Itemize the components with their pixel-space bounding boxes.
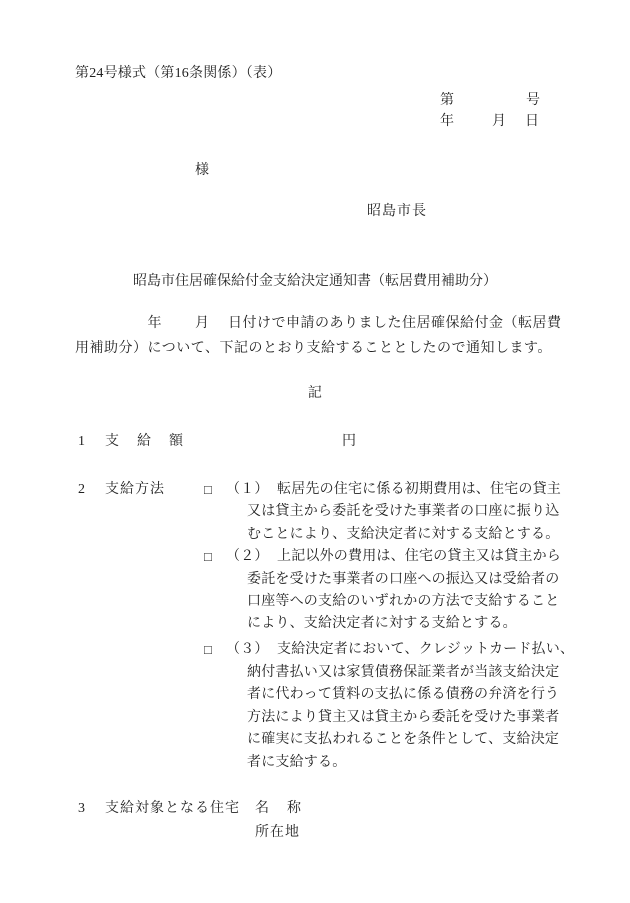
method-2-number: （２） (226, 547, 269, 567)
item2-number: 2 (78, 480, 85, 500)
item2-label: 支給方法 (105, 480, 165, 500)
method-1-number: （１） (226, 480, 269, 500)
method-1-line-2: 又は貸主から委託を受けた事業者の口座に振り込 (247, 502, 559, 522)
method-3-line-2: 納付書払い又は家賃債務保証業者が当該支給決定 (247, 663, 559, 683)
method-1-line-3: むことにより、支給決定者に対する支給とする。 (247, 525, 559, 545)
body-paragraph-line2: 用補助分）について、下記のとおり支給することとしたので通知します。 (75, 339, 552, 359)
method-3-line-6: 者に支給する。 (247, 753, 346, 773)
body-paragraph-line1: 年 月 日付けで申請のありました住居確保給付金（転居費 (75, 314, 562, 334)
date-year-label: 年 (440, 112, 454, 132)
date-month-label: 月 (492, 112, 506, 132)
form-id-label: 第24号様式（第16条関係）（表） (75, 64, 281, 84)
checkbox-method-1-icon: □ (204, 480, 212, 500)
sender-title: 昭島市長 (367, 202, 427, 222)
method-2-line-2: 委託を受けた事業者の口座への振込又は受給者の (247, 570, 559, 590)
method-2-line-3: 口座等への支給のいずれかの方法で支給すること (247, 592, 559, 612)
method-3-line-5: に確実に支払われることを条件として、支給決定 (247, 730, 559, 750)
record-marker: 記 (0, 384, 630, 404)
method-2-line-4: により、支給決定者に対する支給とする。 (247, 614, 517, 634)
method-2-line-1: 上記以外の費用は、住宅の貸主又は貸主から (277, 547, 561, 567)
doc-number-prefix: 第 (440, 91, 454, 111)
document-title: 昭島市住居確保給付金支給決定通知書（転居費用補助分） (0, 272, 630, 292)
method-3-line-4: 方法により貸主又は貸主から委託を受けた事業者 (247, 708, 559, 728)
method-3-number: （３） (226, 640, 269, 660)
item3-number: 3 (78, 799, 85, 819)
item3-field-name-label: 名 称 (255, 799, 303, 819)
item3-label: 支給対象となる住宅 (105, 799, 240, 819)
item3-field-address-label: 所在地 (255, 823, 300, 843)
date-day-label: 日 (525, 112, 539, 132)
addressee-honorific: 様 (195, 161, 209, 181)
method-3-line-3: 者に代わって賃料の支払に係る債務の弁済を行う (247, 685, 559, 705)
item1-unit-label: 円 (342, 432, 356, 452)
item1-number: 1 (78, 432, 85, 452)
checkbox-method-2-icon: □ (204, 547, 212, 567)
doc-number-suffix: 号 (526, 91, 540, 111)
item1-label: 支 給 額 (105, 432, 185, 452)
method-1-line-1: 転居先の住宅に係る初期費用は、住宅の貸主 (277, 480, 561, 500)
method-3-line-1: 支給決定者において、クレジットカード払い、 (277, 640, 574, 660)
document-page: 第24号様式（第16条関係）（表） 第 号 年 月 日 様 昭島市長 昭島市住居… (0, 0, 630, 903)
checkbox-method-3-icon: □ (204, 640, 212, 660)
